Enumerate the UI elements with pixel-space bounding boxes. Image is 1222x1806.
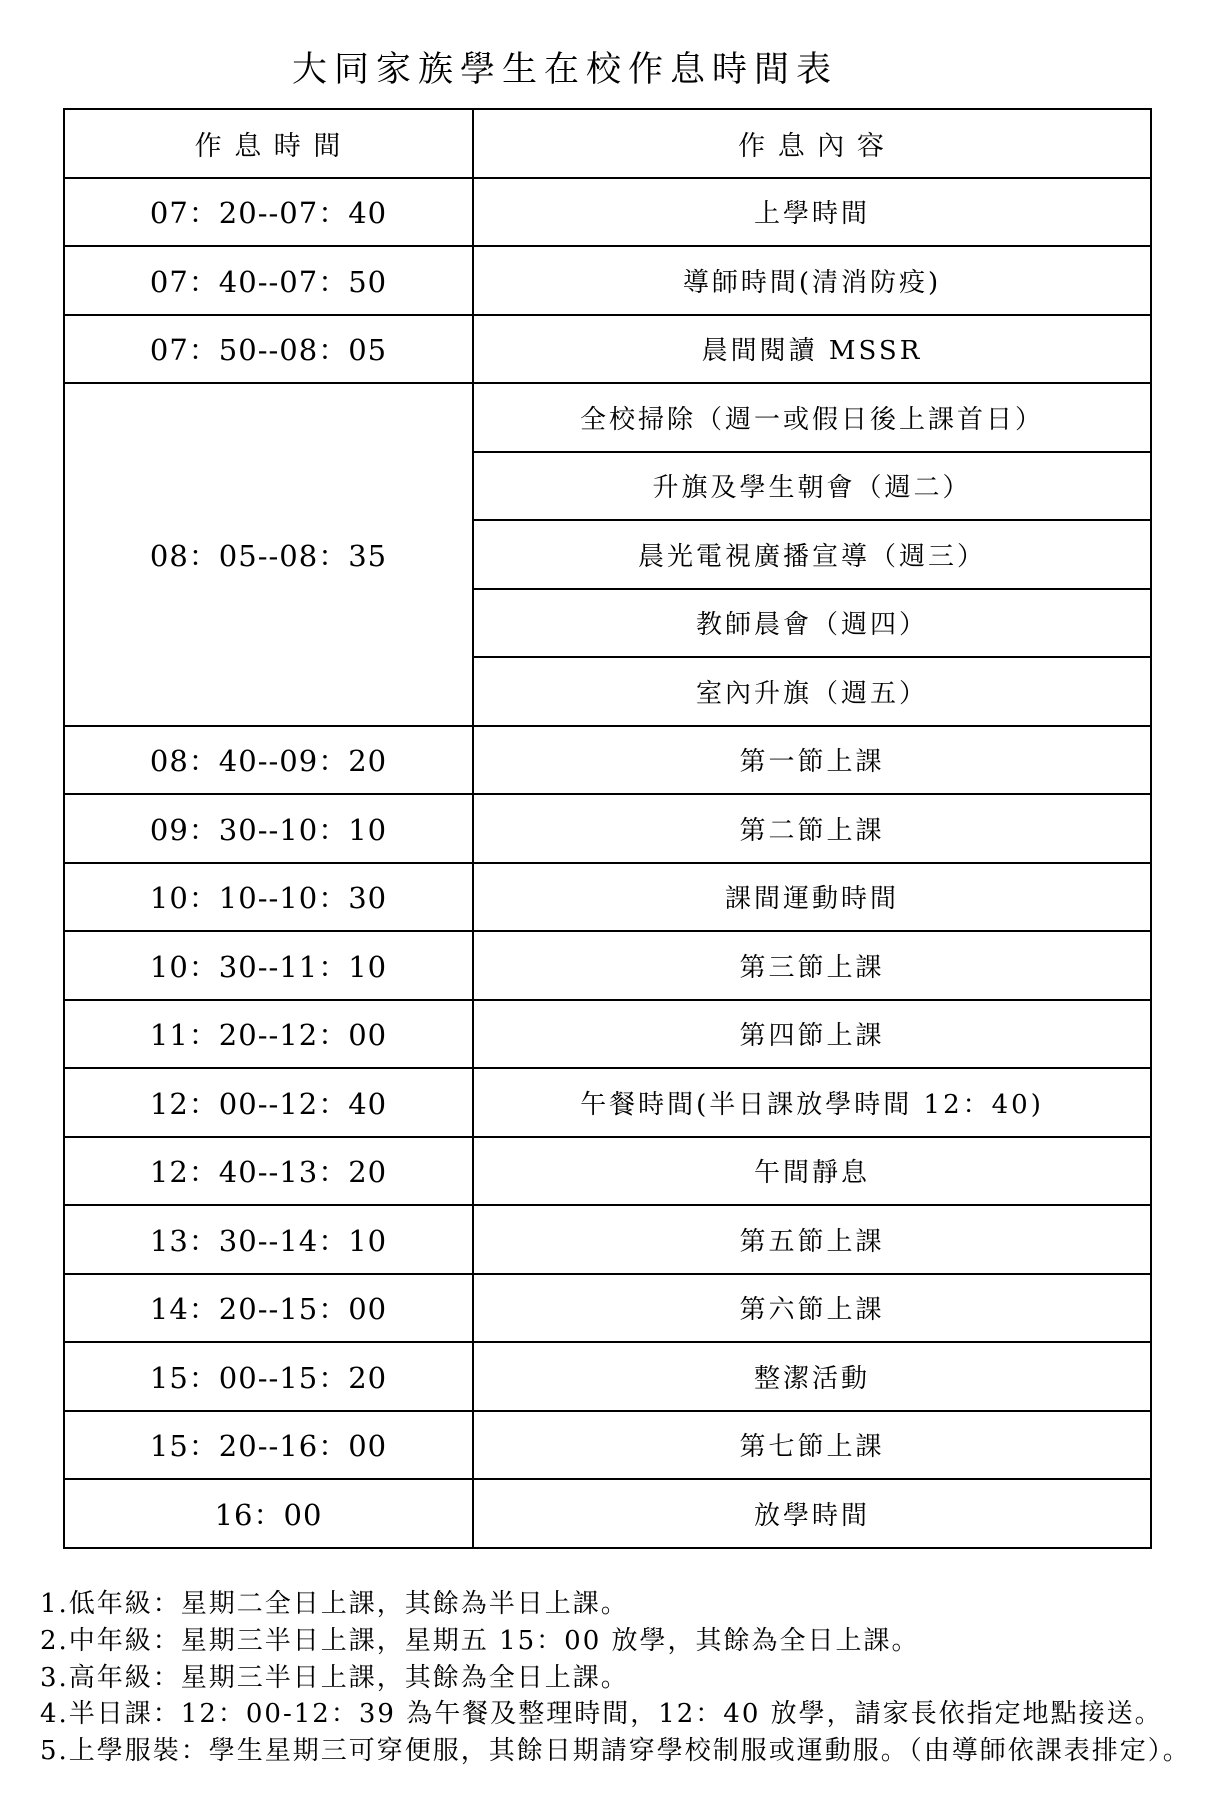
table-row: 10：30--11：10 第三節上課 [64, 931, 1151, 1000]
table-row: 07：50--08：05 晨間閱讀 MSSR [64, 315, 1151, 384]
table-row: 16：00 放學時間 [64, 1479, 1151, 1548]
content-cell: 第四節上課 [473, 1000, 1151, 1069]
table-row: 13：30--14：10 第五節上課 [64, 1205, 1151, 1274]
content-cell: 午間靜息 [473, 1137, 1151, 1206]
table-row: 11：20--12：00 第四節上課 [64, 1000, 1151, 1069]
time-cell: 07：20--07：40 [64, 178, 473, 247]
content-cell: 第三節上課 [473, 931, 1151, 1000]
note-item: 3.高年級：星期三半日上課，其餘為全日上課。 [40, 1660, 1205, 1697]
time-cell: 07：50--08：05 [64, 315, 473, 384]
time-cell: 14：20--15：00 [64, 1274, 473, 1343]
document-page: 大同家族學生在校作息時間表 作 息 時 間 作 息 內 容 07：20--07：… [0, 0, 1222, 1806]
table-row: 15：00--15：20 整潔活動 [64, 1342, 1151, 1411]
table-header-row: 作 息 時 間 作 息 內 容 [64, 109, 1151, 178]
table-row-merged-start: 08：05--08：35 全校掃除（週一或假日後上課首日） [64, 383, 1151, 452]
table-row: 07：40--07：50 導師時間(清消防疫) [64, 246, 1151, 315]
table-row: 14：20--15：00 第六節上課 [64, 1274, 1151, 1343]
time-cell: 16：00 [64, 1479, 473, 1548]
table-row: 10：10--10：30 課間運動時間 [64, 863, 1151, 932]
time-cell: 10：30--11：10 [64, 931, 473, 1000]
time-cell: 11：20--12：00 [64, 1000, 473, 1069]
note-item: 1.低年級：星期二全日上課，其餘為半日上課。 [40, 1586, 1205, 1623]
content-cell: 放學時間 [473, 1479, 1151, 1548]
notes-section: 1.低年級：星期二全日上課，其餘為半日上課。 2.中年級：星期三半日上課，星期五… [40, 1586, 1205, 1770]
time-cell: 08：40--09：20 [64, 726, 473, 795]
note-item: 5.上學服裝：學生星期三可穿便服，其餘日期請穿學校制服或運動服。（由導師依課表排… [40, 1733, 1205, 1770]
time-cell: 12：00--12：40 [64, 1068, 473, 1137]
time-cell: 09：30--10：10 [64, 794, 473, 863]
table-row: 12：00--12：40 午餐時間(半日課放學時間 12：40) [64, 1068, 1151, 1137]
table-row: 07：20--07：40 上學時間 [64, 178, 1151, 247]
content-cell: 第七節上課 [473, 1411, 1151, 1480]
page-title: 大同家族學生在校作息時間表 [0, 42, 1130, 92]
note-item: 4.半日課：12：00-12：39 為午餐及整理時間，12：40 放學，請家長依… [40, 1696, 1205, 1733]
content-cell: 全校掃除（週一或假日後上課首日） [473, 383, 1151, 452]
content-cell: 上學時間 [473, 178, 1151, 247]
content-cell: 第二節上課 [473, 794, 1151, 863]
content-cell: 晨光電視廣播宣導（週三） [473, 520, 1151, 589]
time-cell: 10：10--10：30 [64, 863, 473, 932]
content-cell: 課間運動時間 [473, 863, 1151, 932]
content-cell: 室內升旗（週五） [473, 657, 1151, 726]
content-cell: 第六節上課 [473, 1274, 1151, 1343]
table-row: 09：30--10：10 第二節上課 [64, 794, 1151, 863]
note-item: 2.中年級：星期三半日上課，星期五 15：00 放學，其餘為全日上課。 [40, 1623, 1205, 1660]
time-cell: 12：40--13：20 [64, 1137, 473, 1206]
merged-time-cell: 08：05--08：35 [64, 383, 473, 726]
header-content-cell: 作 息 內 容 [473, 109, 1151, 178]
content-cell: 教師晨會（週四） [473, 589, 1151, 658]
schedule-table: 作 息 時 間 作 息 內 容 07：20--07：40 上學時間 07：40-… [63, 108, 1152, 1549]
time-cell: 15：00--15：20 [64, 1342, 473, 1411]
time-cell: 15：20--16：00 [64, 1411, 473, 1480]
content-cell: 晨間閱讀 MSSR [473, 315, 1151, 384]
content-cell: 午餐時間(半日課放學時間 12：40) [473, 1068, 1151, 1137]
content-cell: 升旗及學生朝會（週二） [473, 452, 1151, 521]
content-cell: 第五節上課 [473, 1205, 1151, 1274]
table-row: 15：20--16：00 第七節上課 [64, 1411, 1151, 1480]
table-row: 08：40--09：20 第一節上課 [64, 726, 1151, 795]
content-cell: 導師時間(清消防疫) [473, 246, 1151, 315]
table-row: 12：40--13：20 午間靜息 [64, 1137, 1151, 1206]
content-cell: 整潔活動 [473, 1342, 1151, 1411]
header-time-cell: 作 息 時 間 [64, 109, 473, 178]
time-cell: 13：30--14：10 [64, 1205, 473, 1274]
time-cell: 07：40--07：50 [64, 246, 473, 315]
content-cell: 第一節上課 [473, 726, 1151, 795]
